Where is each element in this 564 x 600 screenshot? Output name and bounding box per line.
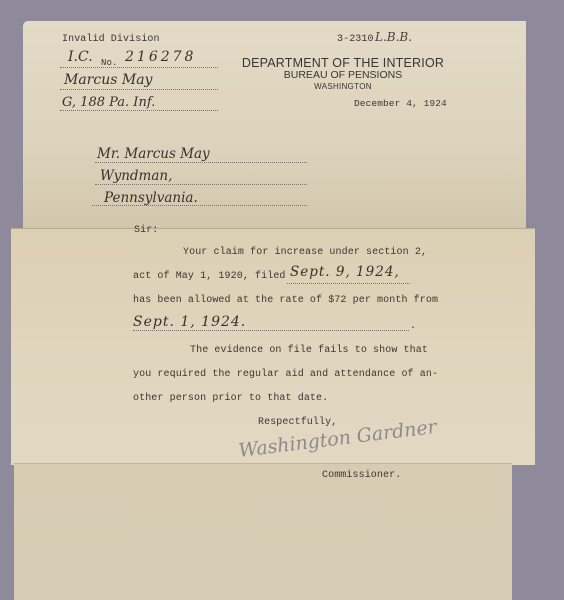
body-line-3: has been allowed at the rate of $72 per … bbox=[133, 295, 438, 306]
filed-date: Sept. 9, 1924, bbox=[290, 264, 400, 280]
addressee-town: Wyndman, bbox=[100, 168, 172, 184]
form-number: 3-2310 bbox=[337, 34, 374, 45]
claim-number-line bbox=[60, 67, 218, 68]
military-unit: G, 188 Pa. Inf. bbox=[62, 95, 155, 110]
letter-top-panel bbox=[23, 21, 526, 229]
body-line-1: Your claim for increase under section 2, bbox=[183, 247, 427, 258]
addressee-name: Mr. Marcus May bbox=[97, 146, 210, 162]
clerk-initials: L.B.B. bbox=[375, 30, 412, 44]
body-line-6: you required the regular aid and attenda… bbox=[133, 369, 438, 380]
letter-bottom-panel bbox=[14, 463, 512, 600]
signer-title: Commissioner. bbox=[322, 470, 401, 481]
salutation: Sir: bbox=[134, 225, 158, 236]
claimant-name: Marcus May bbox=[64, 72, 152, 88]
city-title: WASHINGTON bbox=[222, 82, 464, 91]
claimant-line bbox=[60, 89, 218, 90]
addressee-state-line bbox=[92, 205, 307, 206]
claim-number: 216278 bbox=[125, 49, 196, 65]
department-title: DEPARTMENT OF THE INTERIOR bbox=[222, 56, 464, 70]
body-line-7: other person prior to that date. bbox=[133, 393, 328, 404]
addressee-name-line bbox=[95, 162, 307, 163]
addressee-state: Pennsylvania. bbox=[104, 190, 198, 206]
filed-date-line bbox=[287, 283, 410, 284]
closing: Respectfully, bbox=[258, 417, 337, 428]
addressee-town-line bbox=[95, 184, 307, 185]
body-line-5: The evidence on file fails to show that bbox=[190, 345, 428, 356]
bureau-title: BUREAU OF PENSIONS bbox=[222, 69, 464, 81]
division-label: Invalid Division bbox=[62, 34, 160, 45]
effective-date: Sept. 1, 1924. bbox=[133, 314, 246, 330]
unit-line bbox=[60, 110, 218, 111]
ic-prefix: I.C. bbox=[68, 49, 93, 65]
letter-date: December 4, 1924 bbox=[354, 98, 447, 109]
body-line-2: act of May 1, 1920, filed bbox=[133, 271, 286, 282]
effective-date-line bbox=[133, 330, 409, 331]
effective-date-period: . bbox=[410, 321, 416, 332]
